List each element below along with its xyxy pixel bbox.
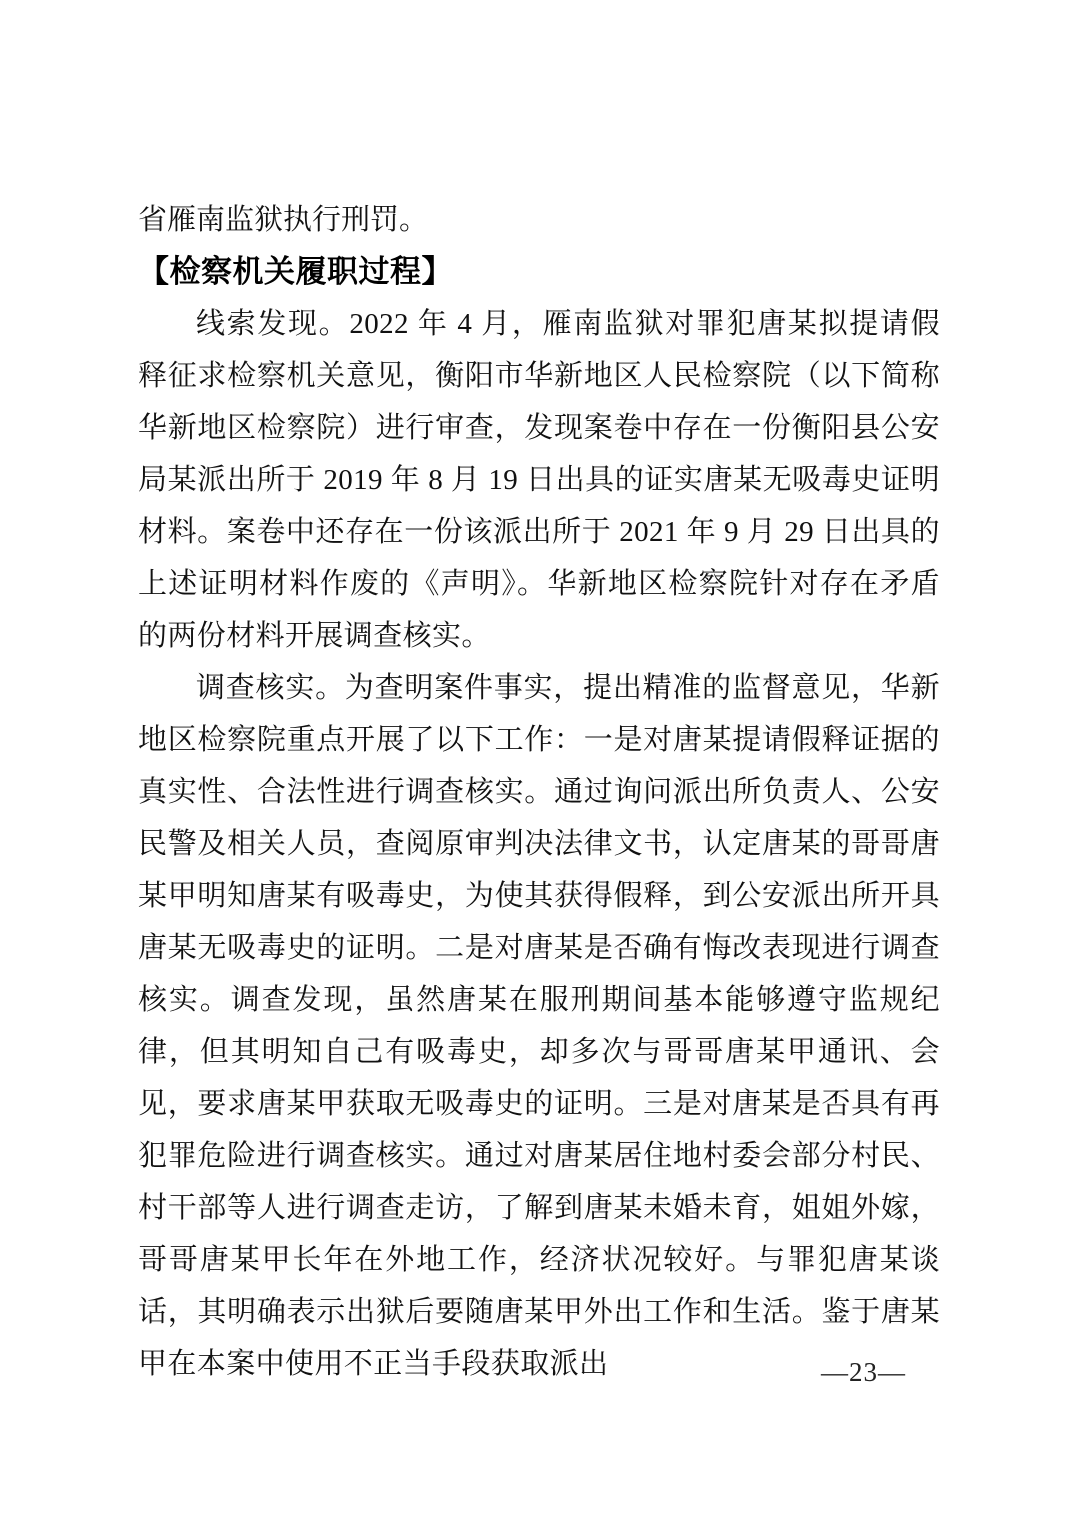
body-paragraph-clue-discovery: 线索发现。2022 年 4 月，雁南监狱对罪犯唐某拟提请假释征求检察机关意见，衡… <box>138 298 940 662</box>
document-page: 省雁南监狱执行刑罚。 【检察机关履职过程】 线索发现。2022 年 4 月，雁南… <box>0 0 1074 1520</box>
paragraph-continuation: 省雁南监狱执行刑罚。 <box>138 194 940 246</box>
body-paragraph-investigation: 调查核实。为查明案件事实，提出精准的监督意见，华新地区检察院重点开展了以下工作：… <box>138 662 940 1390</box>
document-content: 省雁南监狱执行刑罚。 【检察机关履职过程】 线索发现。2022 年 4 月，雁南… <box>138 194 940 1390</box>
section-heading: 【检察机关履职过程】 <box>138 246 940 298</box>
page-number: —23— <box>821 1352 906 1392</box>
